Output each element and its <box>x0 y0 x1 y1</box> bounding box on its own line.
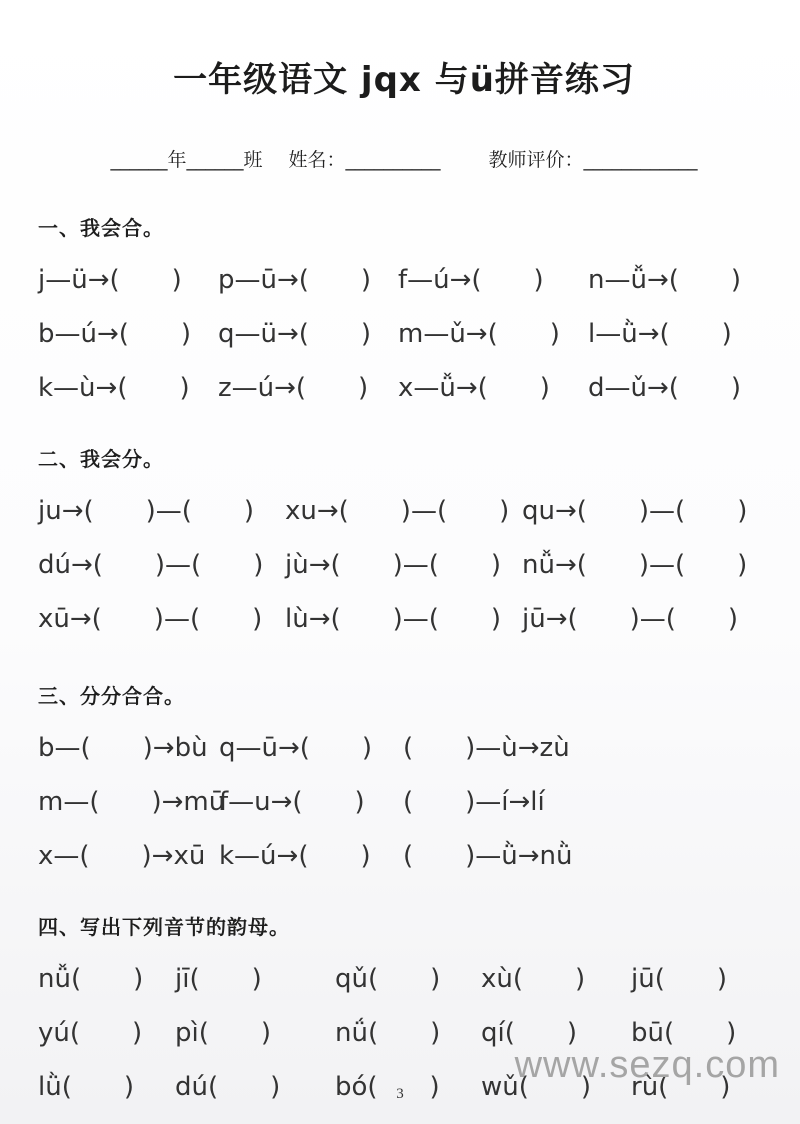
pinyin-row: b—ú→( ) q—ü→( ) m—ǔ→( ) l—ǜ→( ) <box>38 319 770 349</box>
pinyin-item: pì( ) <box>175 1018 335 1048</box>
pinyin-item: b—( )→bù <box>38 733 219 763</box>
section-heading: 四、写出下列音节的韵母。 <box>38 911 770 940</box>
section-split-combine: 三、分分合合。 b—( )→bù q—ū→( ) ( )—ù→zù m—( )→… <box>38 680 770 871</box>
pinyin-row: dú→( )—( ) jù→( )—( ) nǚ→( )—( ) <box>38 550 770 580</box>
page-title: 一年级语文 jqx 与ü拼音练习 <box>38 52 770 101</box>
pinyin-item: lǜ( ) <box>38 1072 175 1102</box>
year-blank: ______ <box>110 149 167 171</box>
pinyin-item: x—ǚ→( ) <box>398 373 588 403</box>
teacher-evaluation-label: 教师评价： <box>489 149 584 171</box>
name-blank: __________ <box>346 149 441 171</box>
pinyin-item: x—( )→xū <box>38 841 219 871</box>
section-heading: 三、分分合合。 <box>38 680 770 709</box>
pinyin-item: n—ǚ→( ) <box>588 265 770 295</box>
year-label: 年 <box>167 149 186 171</box>
pinyin-row: nǚ( ) jī( ) qǔ( ) xù( ) jū( ) <box>38 964 770 994</box>
pinyin-item: f—ú→( ) <box>398 265 588 295</box>
pinyin-row: xū→( )—( ) lù→( )—( ) jū→( )—( ) <box>38 604 770 634</box>
student-info-line: ______年______班姓名：__________教师评价：________… <box>38 145 770 172</box>
pinyin-item: q—ū→( ) <box>219 733 403 763</box>
section-split: 二、我会分。 ju→( )—( ) xu→( )—( ) qu→( )—( ) … <box>38 443 770 634</box>
pinyin-item: bó( ) <box>335 1072 481 1102</box>
pinyin-item: ( )—ù→zù <box>403 733 770 763</box>
pinyin-item: p—ū→( ) <box>218 265 398 295</box>
pinyin-item: b—ú→( ) <box>38 319 218 349</box>
pinyin-item: m—ǔ→( ) <box>398 319 588 349</box>
pinyin-item: jū( ) <box>631 964 770 994</box>
pinyin-item: xù( ) <box>481 964 631 994</box>
pinyin-item: l—ǜ→( ) <box>588 319 770 349</box>
pinyin-item: ( )—í→lí <box>403 787 770 817</box>
page-number: 3 <box>396 1086 404 1103</box>
class-blank: ______ <box>186 149 243 171</box>
pinyin-item: j—ü→( ) <box>38 265 218 295</box>
pinyin-item: k—ù→( ) <box>38 373 218 403</box>
pinyin-item: nǚ( ) <box>38 964 175 994</box>
pinyin-item: xū→( )—( ) <box>38 604 285 634</box>
pinyin-item: dú→( )—( ) <box>38 550 285 580</box>
pinyin-row: b—( )→bù q—ū→( ) ( )—ù→zù <box>38 733 770 763</box>
pinyin-item: m—( )→mū <box>38 787 219 817</box>
name-label: 姓名： <box>289 149 346 171</box>
pinyin-item: f—u→( ) <box>219 787 403 817</box>
pinyin-row: m—( )→mū f—u→( ) ( )—í→lí <box>38 787 770 817</box>
watermark: www.sezq.com <box>515 1044 780 1087</box>
pinyin-item: jī( ) <box>175 964 335 994</box>
pinyin-item: q—ü→( ) <box>218 319 398 349</box>
pinyin-row: x—( )→xū k—ú→( ) ( )—ǜ→nǜ <box>38 841 770 871</box>
pinyin-row: k—ù→( ) z—ú→( ) x—ǚ→( ) d—ǔ→( ) <box>38 373 770 403</box>
section-heading: 二、我会分。 <box>38 443 770 472</box>
pinyin-item: k—ú→( ) <box>219 841 403 871</box>
pinyin-item: qu→( )—( ) <box>522 496 770 526</box>
section-combine: 一、我会合。 j—ü→( ) p—ū→( ) f—ú→( ) n—ǚ→( ) b… <box>38 212 770 403</box>
pinyin-item: nǚ→( )—( ) <box>522 550 770 580</box>
pinyin-item: dú( ) <box>175 1072 335 1102</box>
worksheet-page: 一年级语文 jqx 与ü拼音练习 ______年______班姓名：______… <box>0 0 800 1102</box>
pinyin-item: xu→( )—( ) <box>285 496 522 526</box>
pinyin-item: ( )—ǜ→nǜ <box>403 841 770 871</box>
pinyin-item: qǔ( ) <box>335 964 481 994</box>
pinyin-item: nǘ( ) <box>335 1018 481 1048</box>
pinyin-item: lù→( )—( ) <box>285 604 522 634</box>
class-label: 班 <box>243 149 262 171</box>
pinyin-item: d—ǔ→( ) <box>588 373 770 403</box>
pinyin-item: jù→( )—( ) <box>285 550 522 580</box>
pinyin-item: z—ú→( ) <box>218 373 398 403</box>
pinyin-row: ju→( )—( ) xu→( )—( ) qu→( )—( ) <box>38 496 770 526</box>
pinyin-item: ju→( )—( ) <box>38 496 285 526</box>
teacher-evaluation-blank: ____________ <box>584 149 698 171</box>
pinyin-item: jū→( )—( ) <box>522 604 770 634</box>
pinyin-row: j—ü→( ) p—ū→( ) f—ú→( ) n—ǚ→( ) <box>38 265 770 295</box>
section-heading: 一、我会合。 <box>38 212 770 241</box>
pinyin-item: yú( ) <box>38 1018 175 1048</box>
